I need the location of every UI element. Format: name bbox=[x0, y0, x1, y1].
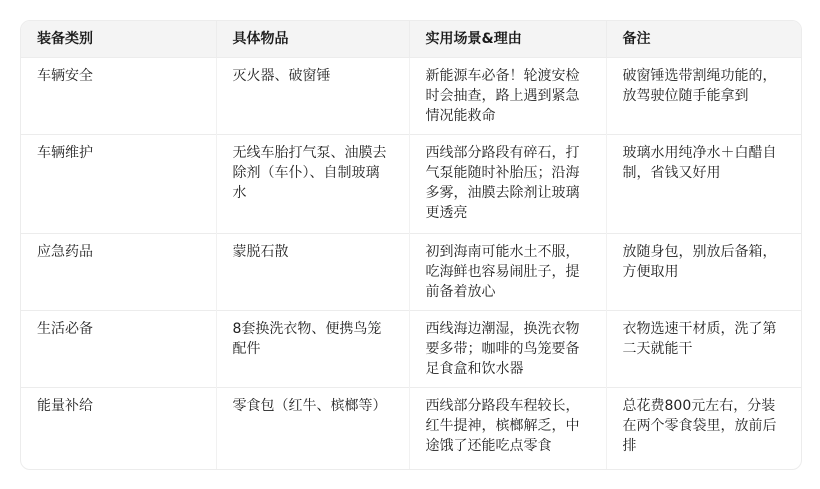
cell-reason: 新能源车必备！轮渡安检时会抽查，路上遇到紧急情况能救命 bbox=[409, 58, 606, 135]
cell-category: 能量补给 bbox=[21, 388, 216, 470]
cell-category: 生活必备 bbox=[21, 311, 216, 388]
header-items: 具体物品 bbox=[216, 21, 409, 58]
cell-reason: 西线海边潮湿，换洗衣物要多带；咖啡的鸟笼要备足食盒和饮水器 bbox=[409, 311, 606, 388]
cell-reason: 西线部分路段有碎石，打气泵能随时补胎压；沿海多雾，油膜去除剂让玻璃更透亮 bbox=[409, 135, 606, 234]
cell-note: 放随身包，别放后备箱，方便取用 bbox=[606, 234, 801, 311]
equipment-table: 装备类别 具体物品 实用场景&理由 备注 车辆安全 灭火器、破窗锤 新能源车必备… bbox=[21, 21, 801, 469]
table-row: 应急药品 蒙脱石散 初到海南可能水土不服，吃海鲜也容易闹肚子，提前备着放心 放随… bbox=[21, 234, 801, 311]
table-header-row: 装备类别 具体物品 实用场景&理由 备注 bbox=[21, 21, 801, 58]
cell-items: 8套换洗衣物、便携鸟笼配件 bbox=[216, 311, 409, 388]
table-row: 能量补给 零食包（红牛、槟榔等） 西线部分路段车程较长，红牛提神，槟榔解乏，中途… bbox=[21, 388, 801, 470]
cell-reason: 初到海南可能水土不服，吃海鲜也容易闹肚子，提前备着放心 bbox=[409, 234, 606, 311]
cell-items: 零食包（红牛、槟榔等） bbox=[216, 388, 409, 470]
equipment-table-container: 装备类别 具体物品 实用场景&理由 备注 车辆安全 灭火器、破窗锤 新能源车必备… bbox=[20, 20, 802, 470]
cell-items: 蒙脱石散 bbox=[216, 234, 409, 311]
cell-items: 灭火器、破窗锤 bbox=[216, 58, 409, 135]
cell-note: 衣物选速干材质，洗了第二天就能干 bbox=[606, 311, 801, 388]
cell-note: 总花费800元左右，分装在两个零食袋里，放前后排 bbox=[606, 388, 801, 470]
header-category: 装备类别 bbox=[21, 21, 216, 58]
cell-note: 玻璃水用纯净水＋白醋自制，省钱又好用 bbox=[606, 135, 801, 234]
table-row: 车辆安全 灭火器、破窗锤 新能源车必备！轮渡安检时会抽查，路上遇到紧急情况能救命… bbox=[21, 58, 801, 135]
cell-category: 车辆维护 bbox=[21, 135, 216, 234]
table-row: 生活必备 8套换洗衣物、便携鸟笼配件 西线海边潮湿，换洗衣物要多带；咖啡的鸟笼要… bbox=[21, 311, 801, 388]
header-note: 备注 bbox=[606, 21, 801, 58]
table-row: 车辆维护 无线车胎打气泵、油膜去除剂（车仆）、自制玻璃水 西线部分路段有碎石，打… bbox=[21, 135, 801, 234]
cell-category: 车辆安全 bbox=[21, 58, 216, 135]
cell-category: 应急药品 bbox=[21, 234, 216, 311]
cell-note: 破窗锤选带割绳功能的，放驾驶位随手能拿到 bbox=[606, 58, 801, 135]
cell-items: 无线车胎打气泵、油膜去除剂（车仆）、自制玻璃水 bbox=[216, 135, 409, 234]
cell-reason: 西线部分路段车程较长，红牛提神，槟榔解乏，中途饿了还能吃点零食 bbox=[409, 388, 606, 470]
header-reason: 实用场景&理由 bbox=[409, 21, 606, 58]
